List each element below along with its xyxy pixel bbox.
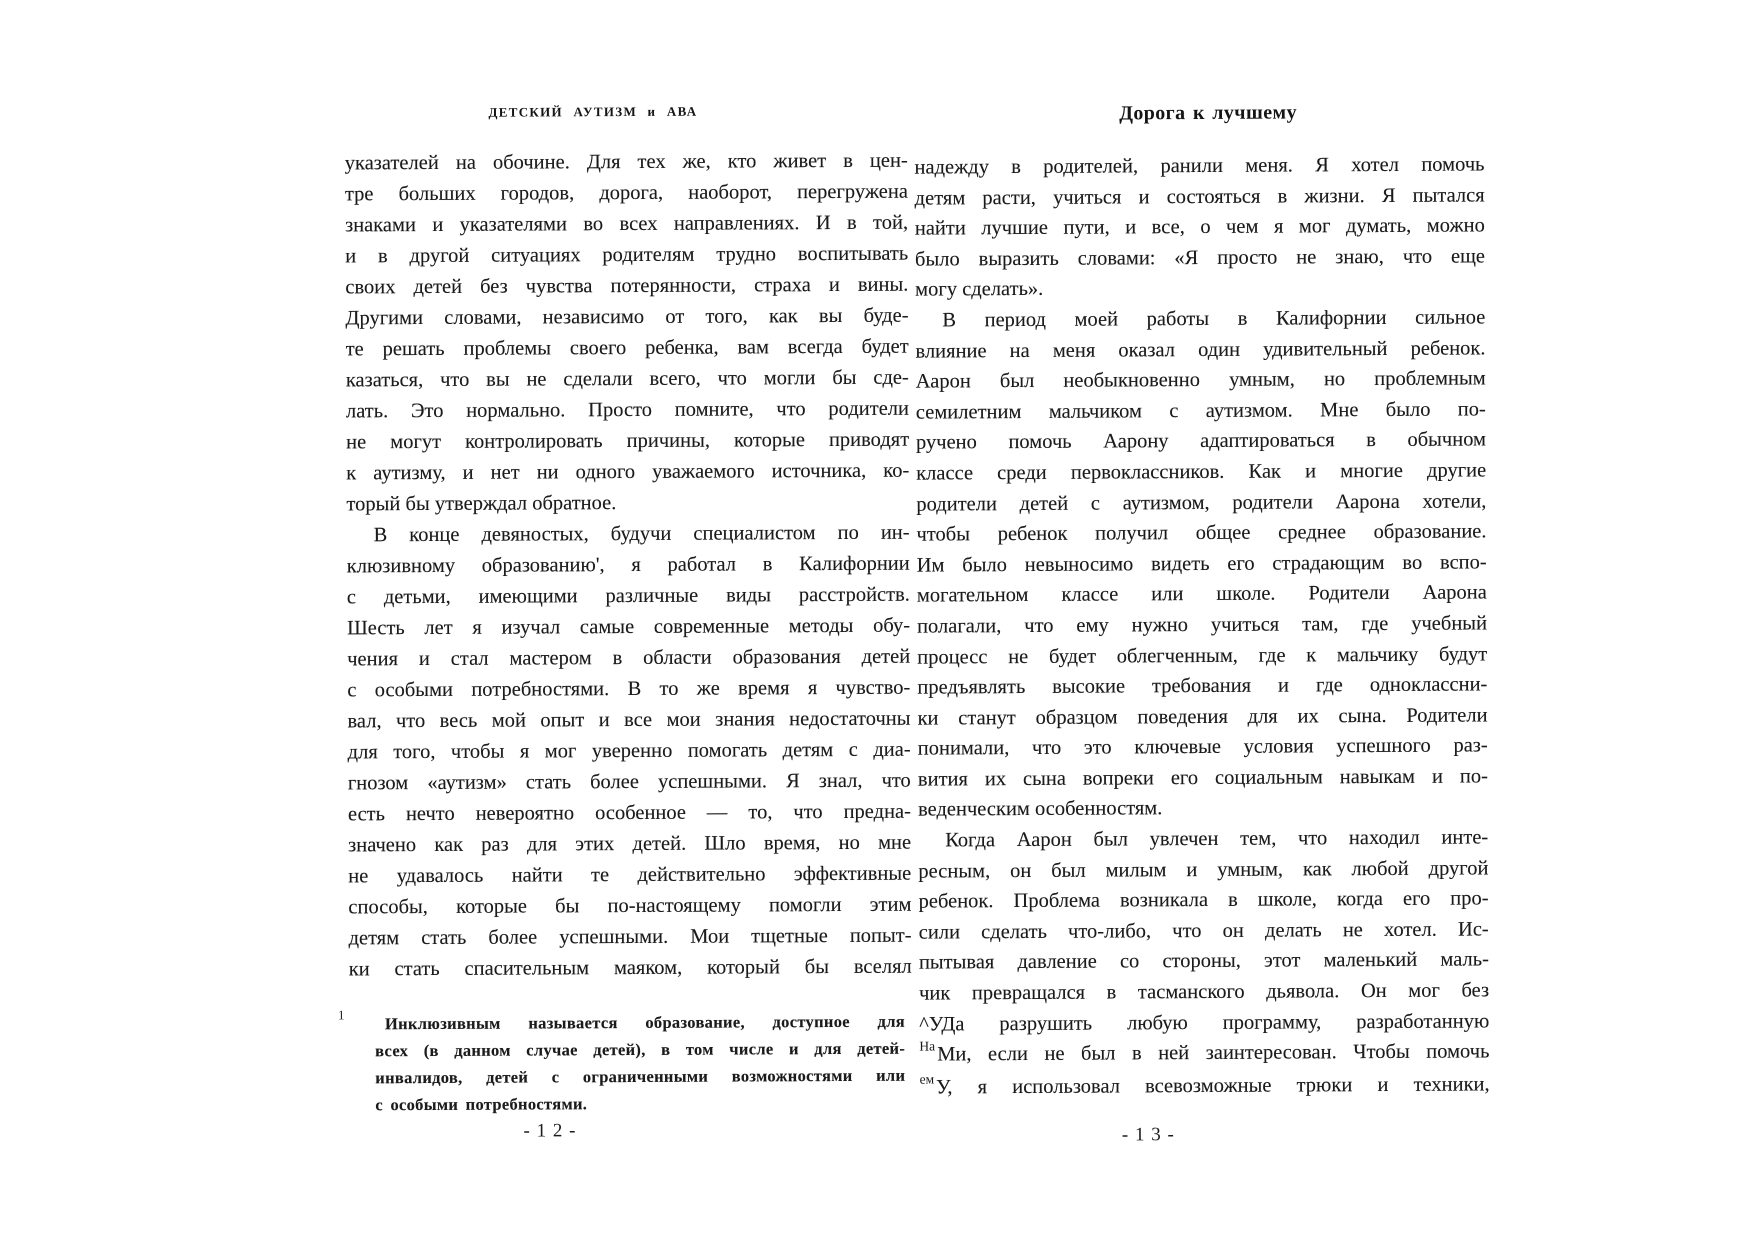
text-line: влияние на меня оказал один удивительный…	[915, 333, 1485, 367]
text-line: чтобы ребенок получил общее среднее обра…	[916, 517, 1486, 551]
text-line: Когда Аарон был увлечен тем, что находил…	[918, 822, 1488, 856]
text-line: полагали, что ему нужно учиться там, где…	[917, 608, 1487, 642]
running-head-right: Дорога к лучшему	[1119, 101, 1297, 125]
text-line: чик превращался в тасманского дьявола. О…	[919, 975, 1489, 1009]
text-line: В период моей работы в Калифорнии сильно…	[915, 302, 1485, 336]
text-line: могу сделать».	[915, 272, 1485, 306]
paragraph: В период моей работы в Калифорнии сильно…	[915, 302, 1488, 825]
text-line: ресным, он был милым и умным, как любой …	[918, 853, 1488, 887]
text-line: Им было невыносимо видеть его страдающим…	[917, 547, 1487, 581]
text-line: было выразить словами: «Я просто не знаю…	[915, 241, 1485, 275]
text-line: классе среди первоклассников. Как и мног…	[916, 455, 1486, 489]
text-line: ручено помочь Аарону адаптироваться в об…	[916, 425, 1486, 459]
text-line: веденческим особенностям.	[918, 792, 1488, 826]
paragraph: Когда Аарон был увлечен тем, что находил…	[918, 822, 1490, 1105]
text-line: ребенок. Проблема возникала в школе, ког…	[918, 884, 1488, 918]
text-line: найти лучшие пути, и все, о чем я мог ду…	[915, 211, 1485, 245]
text-line: НаМи, если не был в ней заинтересован. Ч…	[919, 1037, 1489, 1073]
page-right: Дорога к лучшему надежду в родителей, ра…	[0, 0, 1754, 1241]
text-line: надежду в родителей, ранили меня. Я хоте…	[914, 149, 1484, 183]
text-line: вития их сына вопреки его социальным нав…	[918, 761, 1488, 795]
text-line: детям расти, учиться и состояться в жизн…	[915, 180, 1485, 214]
text-line: сили сделать что-либо, что он делать не …	[919, 914, 1489, 948]
text-line: процесс не будет облегченным, где к маль…	[917, 639, 1487, 673]
text-line: пытывая давление со стороны, этот малень…	[919, 945, 1489, 979]
book-scan-spread: ДЕТСКИЙ АУТИЗМ и АВА указателей на обочи…	[0, 0, 1754, 1241]
scan-artifact-superscript: На	[919, 1039, 935, 1054]
text-line: понимали, что это ключевые условия успеш…	[918, 731, 1488, 765]
text-line: могательном классе или школе. Родители А…	[917, 578, 1487, 612]
text-line: емУ, я использовал всевозможные трюки и …	[920, 1069, 1490, 1105]
text-line: родители детей с аутизмом, родители Ааро…	[916, 486, 1486, 520]
scan-artifact-superscript: ем	[920, 1071, 935, 1086]
text-line: ки станут образцом поведения для их сына…	[917, 700, 1487, 734]
text-line: предъявлять высокие требования и где одн…	[917, 669, 1487, 703]
paragraph: надежду в родителей, ранили меня. Я хоте…	[914, 149, 1485, 305]
text-line: ^УДа разрушить любую программу, разработ…	[919, 1006, 1489, 1040]
text-line: Аарон был необыкновенно умным, но пробле…	[916, 364, 1486, 398]
page-number-right: - 1 3 -	[1122, 1124, 1175, 1146]
page-right-body: надежду в родителей, ранили меня. Я хоте…	[914, 149, 1489, 1105]
text-line: семилетним мальчиком с аутизмом. Мне был…	[916, 394, 1486, 428]
